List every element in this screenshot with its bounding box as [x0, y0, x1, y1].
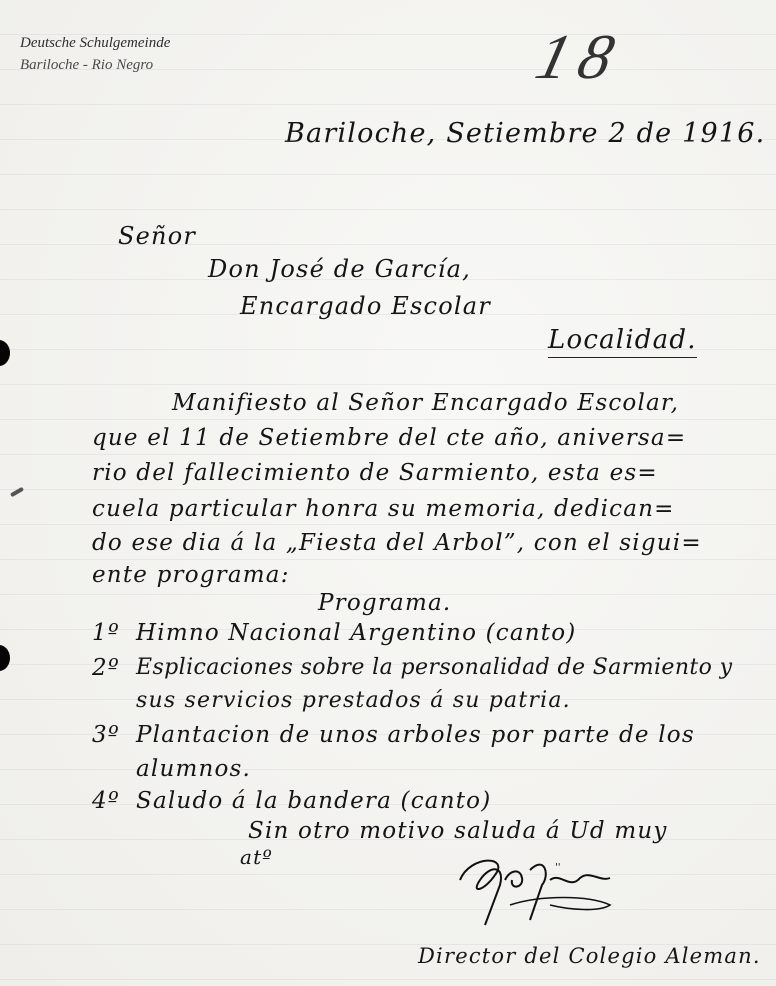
punch-hole — [0, 645, 10, 671]
program-item-number: 3º — [92, 722, 120, 748]
addressee-name: Don José de García, — [208, 255, 471, 283]
svg-text:'': '' — [555, 862, 561, 873]
body-line: ente programa: — [92, 562, 290, 588]
closing-abbrev: atº — [240, 845, 273, 869]
body-line: cuela particular honra su memoria, dedic… — [92, 496, 675, 522]
program-item-number: 4º — [92, 788, 120, 814]
program-heading: Programa. — [318, 590, 451, 616]
date-line: Bariloche, Setiembre 2 de 1916. — [285, 118, 765, 149]
program-item-text: alumnos. — [136, 756, 251, 782]
program-item-text: sus servicios prestados á su patria. — [136, 688, 571, 713]
program-item-text: Himno Nacional Argentino (canto) — [136, 620, 576, 646]
signature-position: Director del Colegio Aleman. — [418, 944, 761, 968]
letter-page: Deutsche Schulgemeinde Bariloche - Rio N… — [0, 0, 776, 986]
addressee-title: Encargado Escolar — [240, 292, 491, 320]
ink-mark — [10, 487, 24, 497]
program-item-text: Plantacion de unos arboles por parte de … — [136, 722, 695, 748]
body-line: do ese dia á la „Fiesta del Arbol”, con … — [92, 530, 702, 556]
program-item-number: 2º — [92, 655, 120, 681]
program-item-text: Esplicaciones sobre la personalidad de S… — [136, 655, 733, 680]
stamp-line-2: Bariloche - Rio Negro — [20, 54, 170, 76]
stamp-line-1: Deutsche Schulgemeinde — [20, 32, 170, 54]
closing-line: Sin otro motivo saluda á Ud muy — [248, 818, 668, 844]
punch-hole — [0, 340, 10, 366]
addressee-salutation: Señor — [118, 222, 196, 250]
signature-scrawl-icon: '' — [450, 850, 630, 930]
program-item-text: Saludo á la bandera (canto) — [136, 788, 491, 814]
addressee-locality: Localidad. — [548, 325, 697, 358]
body-line: rio del fallecimiento de Sarmiento, esta… — [92, 460, 658, 486]
program-item-number: 1º — [92, 620, 120, 646]
folio-number: 18 — [529, 20, 631, 94]
signature: '' Gfe Grüf — [450, 850, 630, 934]
body-line: que el 11 de Setiembre del cte año, aniv… — [92, 425, 686, 451]
body-line: Manifiesto al Señor Encargado Escolar, — [172, 390, 679, 416]
letterhead-stamp: Deutsche Schulgemeinde Bariloche - Rio N… — [20, 32, 170, 76]
